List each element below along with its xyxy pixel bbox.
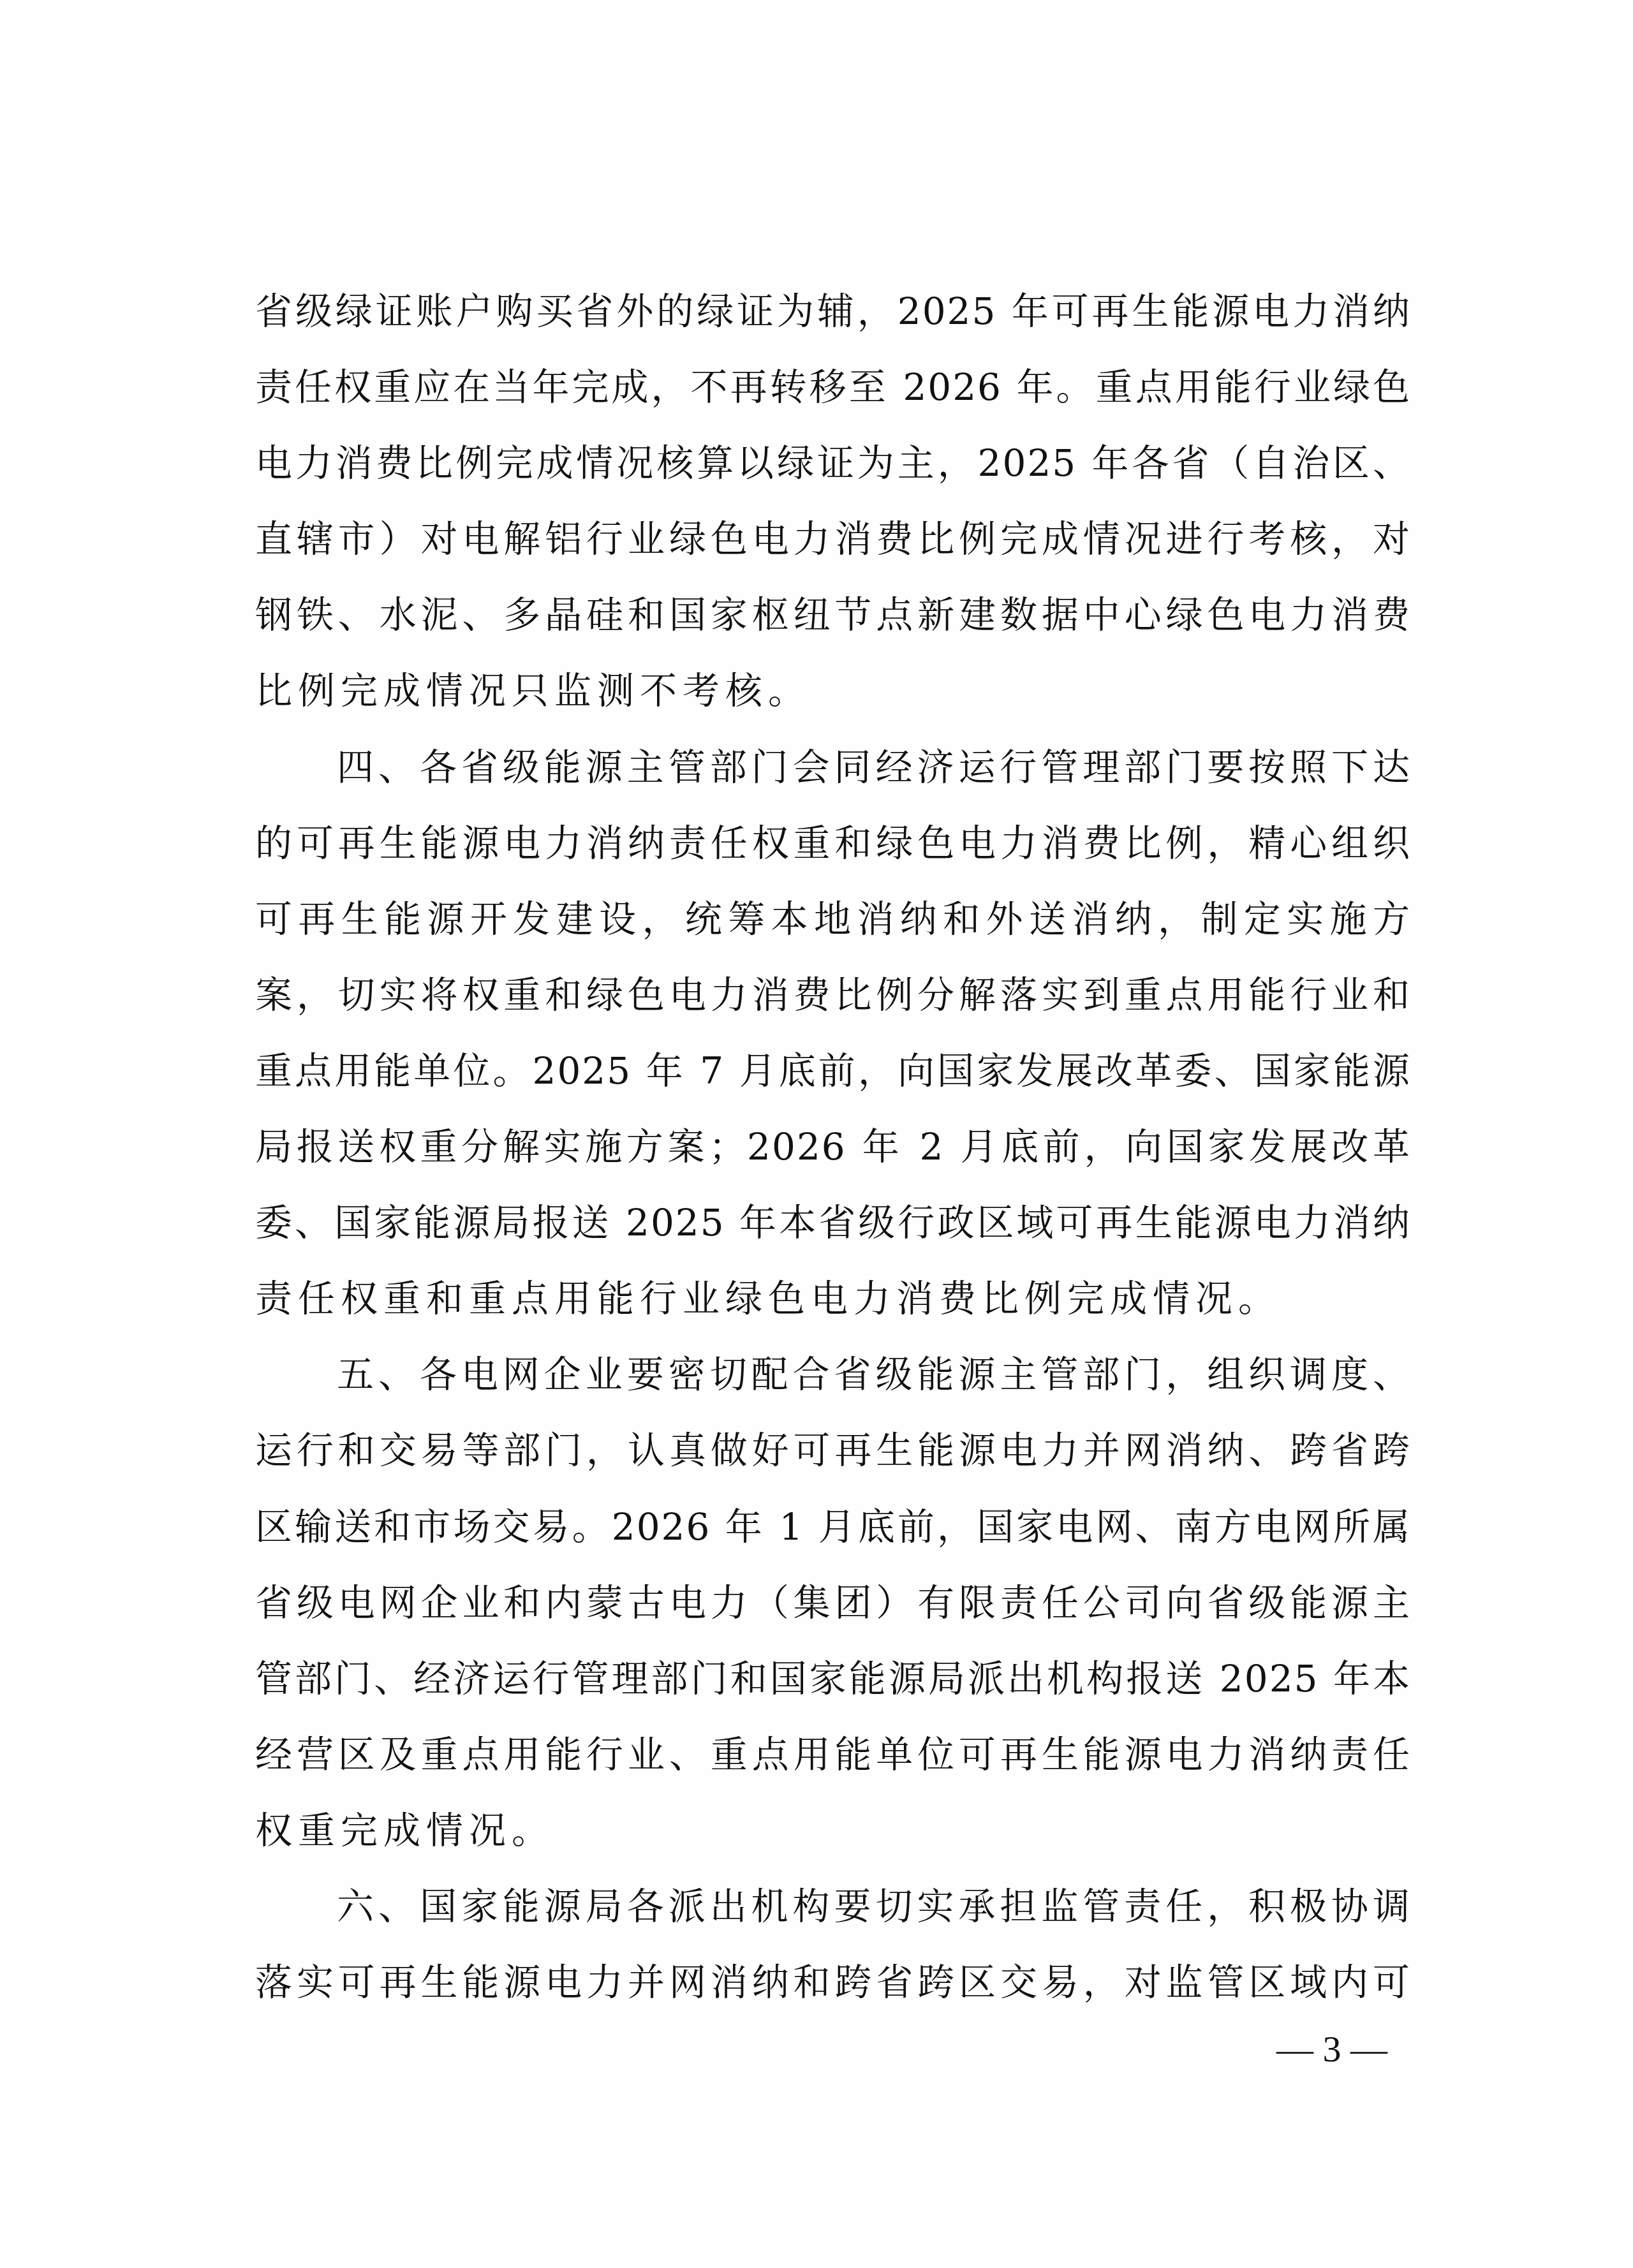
text-line: 责任权重应在当年完成，不再转移至 2026 年。重点用能行业绿色 — [255, 360, 1411, 436]
document-body: 省级绿证账户购买省外的绿证为辅，2025 年可再生能源电力消纳 责任权重应在当年… — [255, 284, 1411, 2031]
paragraph-section-four: 四、各省级能源主管部门会同经济运行管理部门要按照下达 的可再生能源电力消纳责任权… — [255, 740, 1411, 1348]
page-number: — 3 — — [1262, 2027, 1402, 2072]
text-line: 经营区及重点用能行业、重点用能单位可再生能源电力消纳责任 — [255, 1728, 1411, 1804]
text-line: 案，切实将权重和绿色电力消费比例分解落实到重点用能行业和 — [255, 968, 1411, 1044]
text-line: 的可再生能源电力消纳责任权重和绿色电力消费比例，精心组织 — [255, 816, 1411, 892]
text-line: 权重完成情况。 — [255, 1804, 1411, 1880]
text-line: 直辖市）对电解铝行业绿色电力消费比例完成情况进行考核，对 — [255, 512, 1411, 588]
section-heading-line: 五、各电网企业要密切配合省级能源主管部门，组织调度、 — [255, 1348, 1411, 1424]
text-line: 区输送和市场交易。2026 年 1 月底前，国家电网、南方电网所属 — [255, 1500, 1411, 1576]
paragraph-continued: 省级绿证账户购买省外的绿证为辅，2025 年可再生能源电力消纳 责任权重应在当年… — [255, 284, 1411, 740]
document-page: 省级绿证账户购买省外的绿证为辅，2025 年可再生能源电力消纳 责任权重应在当年… — [0, 0, 1633, 2268]
text-line: 可再生能源开发建设，统筹本地消纳和外送消纳，制定实施方 — [255, 892, 1411, 968]
text-line: 委、国家能源局报送 2025 年本省级行政区域可再生能源电力消纳 — [255, 1196, 1411, 1272]
section-heading-line: 六、国家能源局各派出机构要切实承担监管责任，积极协调 — [255, 1880, 1411, 1955]
paragraph-section-six: 六、国家能源局各派出机构要切实承担监管责任，积极协调 落实可再生能源电力并网消纳… — [255, 1880, 1411, 2031]
text-line: 钢铁、水泥、多晶硅和国家枢纽节点新建数据中心绿色电力消费 — [255, 588, 1411, 664]
text-line: 局报送权重分解实施方案；2026 年 2 月底前，向国家发展改革 — [255, 1120, 1411, 1196]
text-line: 责任权重和重点用能行业绿色电力消费比例完成情况。 — [255, 1272, 1411, 1348]
text-line: 省级绿证账户购买省外的绿证为辅，2025 年可再生能源电力消纳 — [255, 284, 1411, 360]
text-line: 比例完成情况只监测不考核。 — [255, 664, 1411, 740]
text-line: 重点用能单位。2025 年 7 月底前，向国家发展改革委、国家能源 — [255, 1044, 1411, 1120]
text-line: 省级电网企业和内蒙古电力（集团）有限责任公司向省级能源主 — [255, 1576, 1411, 1652]
paragraph-section-five: 五、各电网企业要密切配合省级能源主管部门，组织调度、 运行和交易等部门，认真做好… — [255, 1348, 1411, 1880]
text-line: 落实可再生能源电力并网消纳和跨省跨区交易，对监管区域内可 — [255, 1955, 1411, 2031]
text-line: 运行和交易等部门，认真做好可再生能源电力并网消纳、跨省跨 — [255, 1424, 1411, 1499]
text-line: 管部门、经济运行管理部门和国家能源局派出机构报送 2025 年本 — [255, 1652, 1411, 1728]
text-line: 电力消费比例完成情况核算以绿证为主，2025 年各省（自治区、 — [255, 436, 1411, 512]
section-heading-line: 四、各省级能源主管部门会同经济运行管理部门要按照下达 — [255, 740, 1411, 816]
